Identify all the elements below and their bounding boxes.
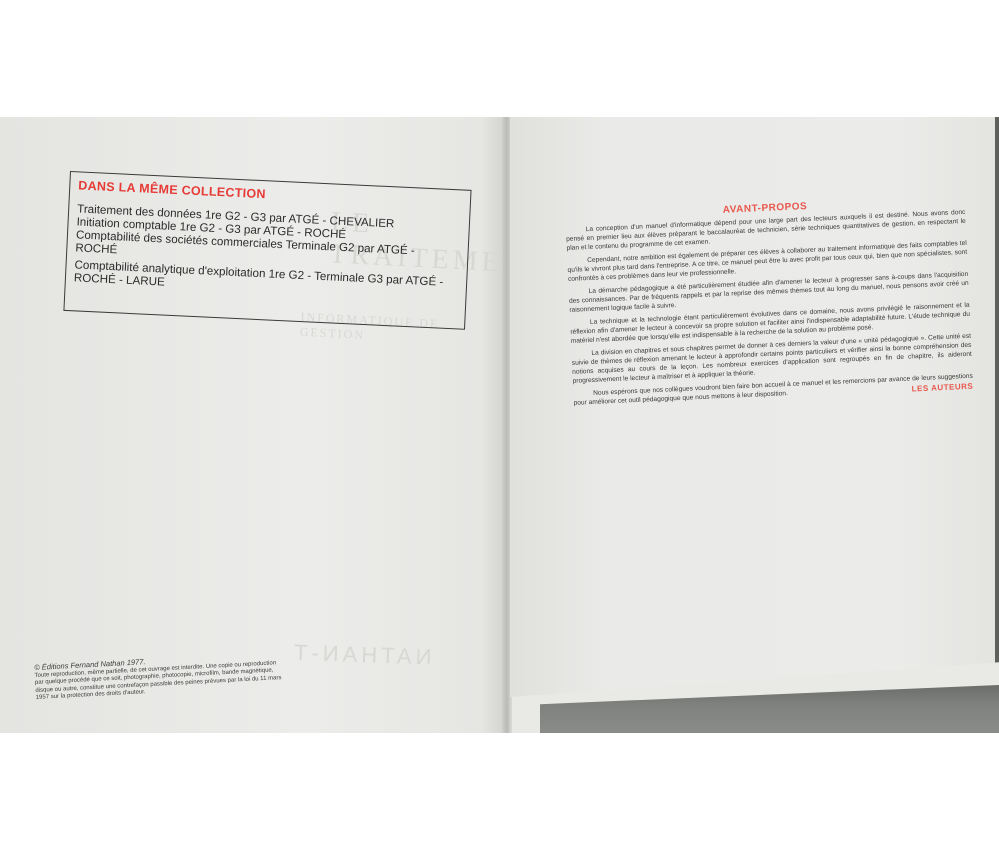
page-edge [995, 117, 999, 697]
table-surface [540, 685, 999, 733]
same-collection-box: DANS LA MÊME COLLECTION Traitement des d… [63, 171, 471, 330]
ghost-bottom: NATHAN-T [290, 640, 432, 671]
book-photo: LE TRAITEMENT INFORMATIQUE DE GESTION NA… [0, 117, 999, 733]
avant-propos: AVANT-PROPOS La conception d'un manuel d… [565, 195, 973, 409]
copyright-notice: © Éditions Fernand Nathan 1977. Toute re… [34, 651, 286, 702]
left-page: LE TRAITEMENT INFORMATIQUE DE GESTION NA… [0, 117, 506, 733]
